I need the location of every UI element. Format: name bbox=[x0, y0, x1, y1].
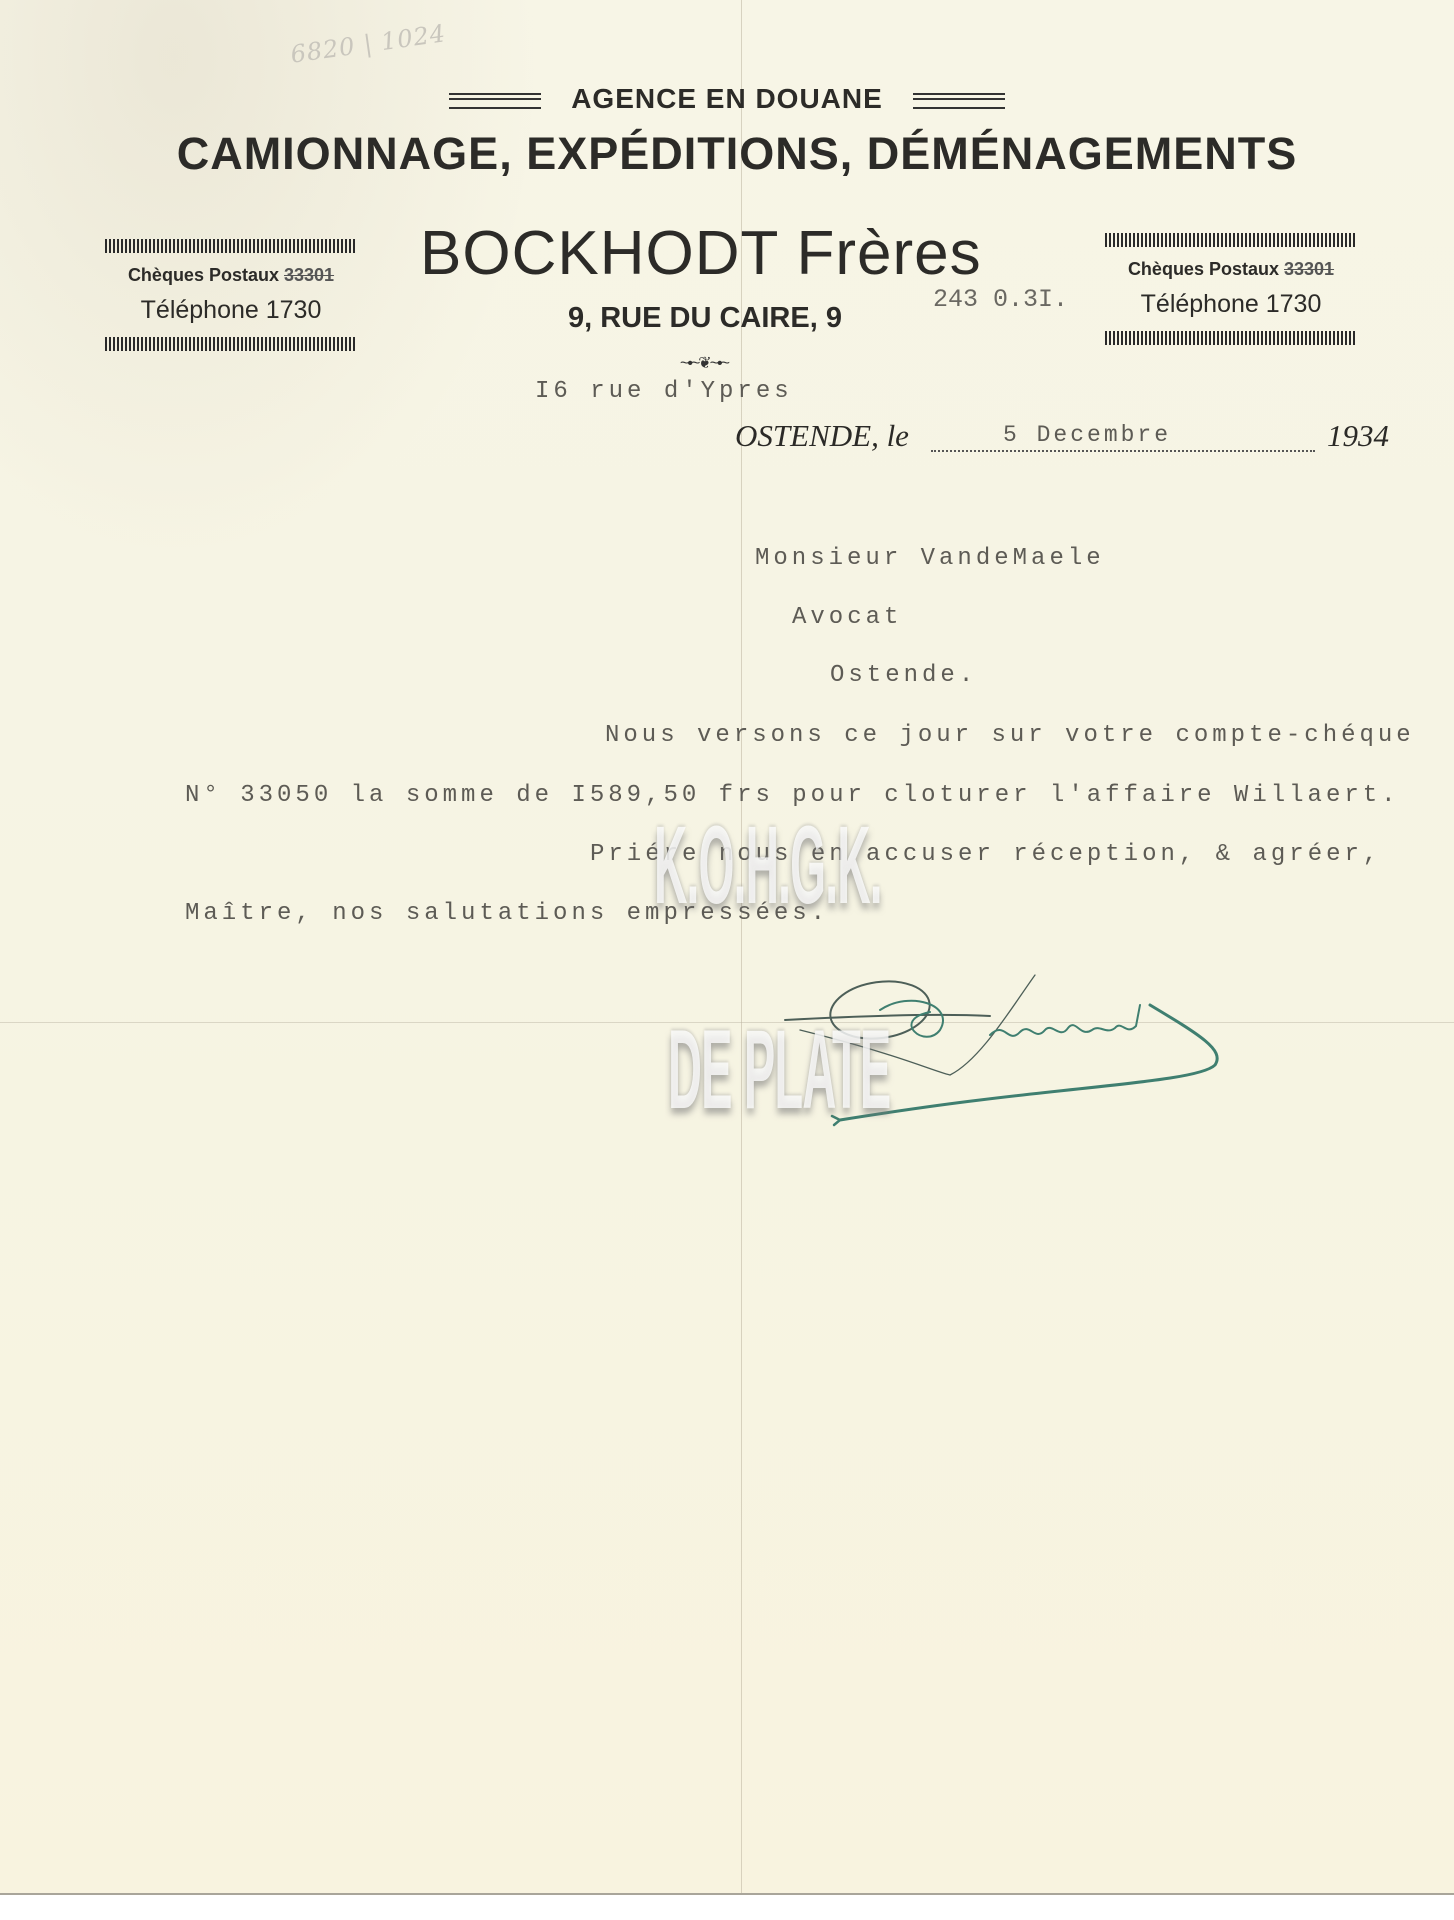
firm-name: BOCKHODT Frères bbox=[420, 218, 982, 289]
date-line: OSTENDE, le 5 Decembre 1934 bbox=[735, 418, 1395, 458]
cheques-number: 33301 bbox=[284, 265, 334, 285]
hatch-rule bbox=[105, 239, 357, 253]
watermark-de-plate: DE PLATE bbox=[668, 1005, 890, 1134]
rule-ornament-right bbox=[913, 93, 1005, 109]
cheques-number: 33301 bbox=[1284, 259, 1334, 279]
typed-reference: 243 0.3I. bbox=[933, 285, 1068, 314]
letterhead-agency-line: AGENCE EN DOUANE bbox=[0, 83, 1454, 115]
hatch-rule bbox=[105, 337, 357, 351]
rule-ornament-left bbox=[449, 93, 541, 109]
letterhead-services: CAMIONNAGE, EXPÉDITIONS, DÉMÉNAGEMENTS bbox=[0, 128, 1454, 180]
hatch-rule bbox=[1105, 233, 1357, 247]
date-city: OSTENDE, le bbox=[735, 418, 909, 454]
contact-box-right: Chèques Postaux 33301 Téléphone 1730 bbox=[1105, 233, 1357, 345]
letter-paper: 6820 | 1024 AGENCE EN DOUANE CAMIONNAGE,… bbox=[0, 0, 1454, 1895]
recipient-city: Ostende. bbox=[830, 662, 977, 689]
body-line-1: Nous versons ce jour sur votre compte-ch… bbox=[605, 722, 1415, 749]
ornament-flourish-icon: ~•~❦~•~ bbox=[680, 353, 728, 373]
hatch-rule bbox=[1105, 331, 1357, 345]
cheques-postaux: Chèques Postaux 33301 bbox=[105, 265, 357, 286]
agency-text: AGENCE EN DOUANE bbox=[571, 83, 883, 114]
date-day-month: 5 Decembre bbox=[1003, 422, 1171, 448]
recipient-name: Monsieur VandeMaele bbox=[755, 545, 1105, 572]
firm-address: 9, RUE DU CAIRE, 9 bbox=[568, 302, 842, 335]
date-year: 1934 bbox=[1327, 418, 1389, 454]
dotted-fill bbox=[931, 450, 1315, 452]
watermark-kohgk: K.O.H.G.K. bbox=[654, 802, 882, 929]
contact-box-left: Chèques Postaux 33301 Téléphone 1730 bbox=[105, 239, 357, 351]
recipient-title: Avocat bbox=[792, 604, 902, 631]
cheques-postaux: Chèques Postaux 33301 bbox=[1105, 259, 1357, 280]
telephone: Téléphone 1730 bbox=[105, 296, 357, 325]
typed-new-address: I6 rue d'Ypres bbox=[535, 378, 793, 405]
telephone: Téléphone 1730 bbox=[1105, 290, 1357, 319]
pencil-archive-note: 6820 | 1024 bbox=[289, 19, 448, 69]
